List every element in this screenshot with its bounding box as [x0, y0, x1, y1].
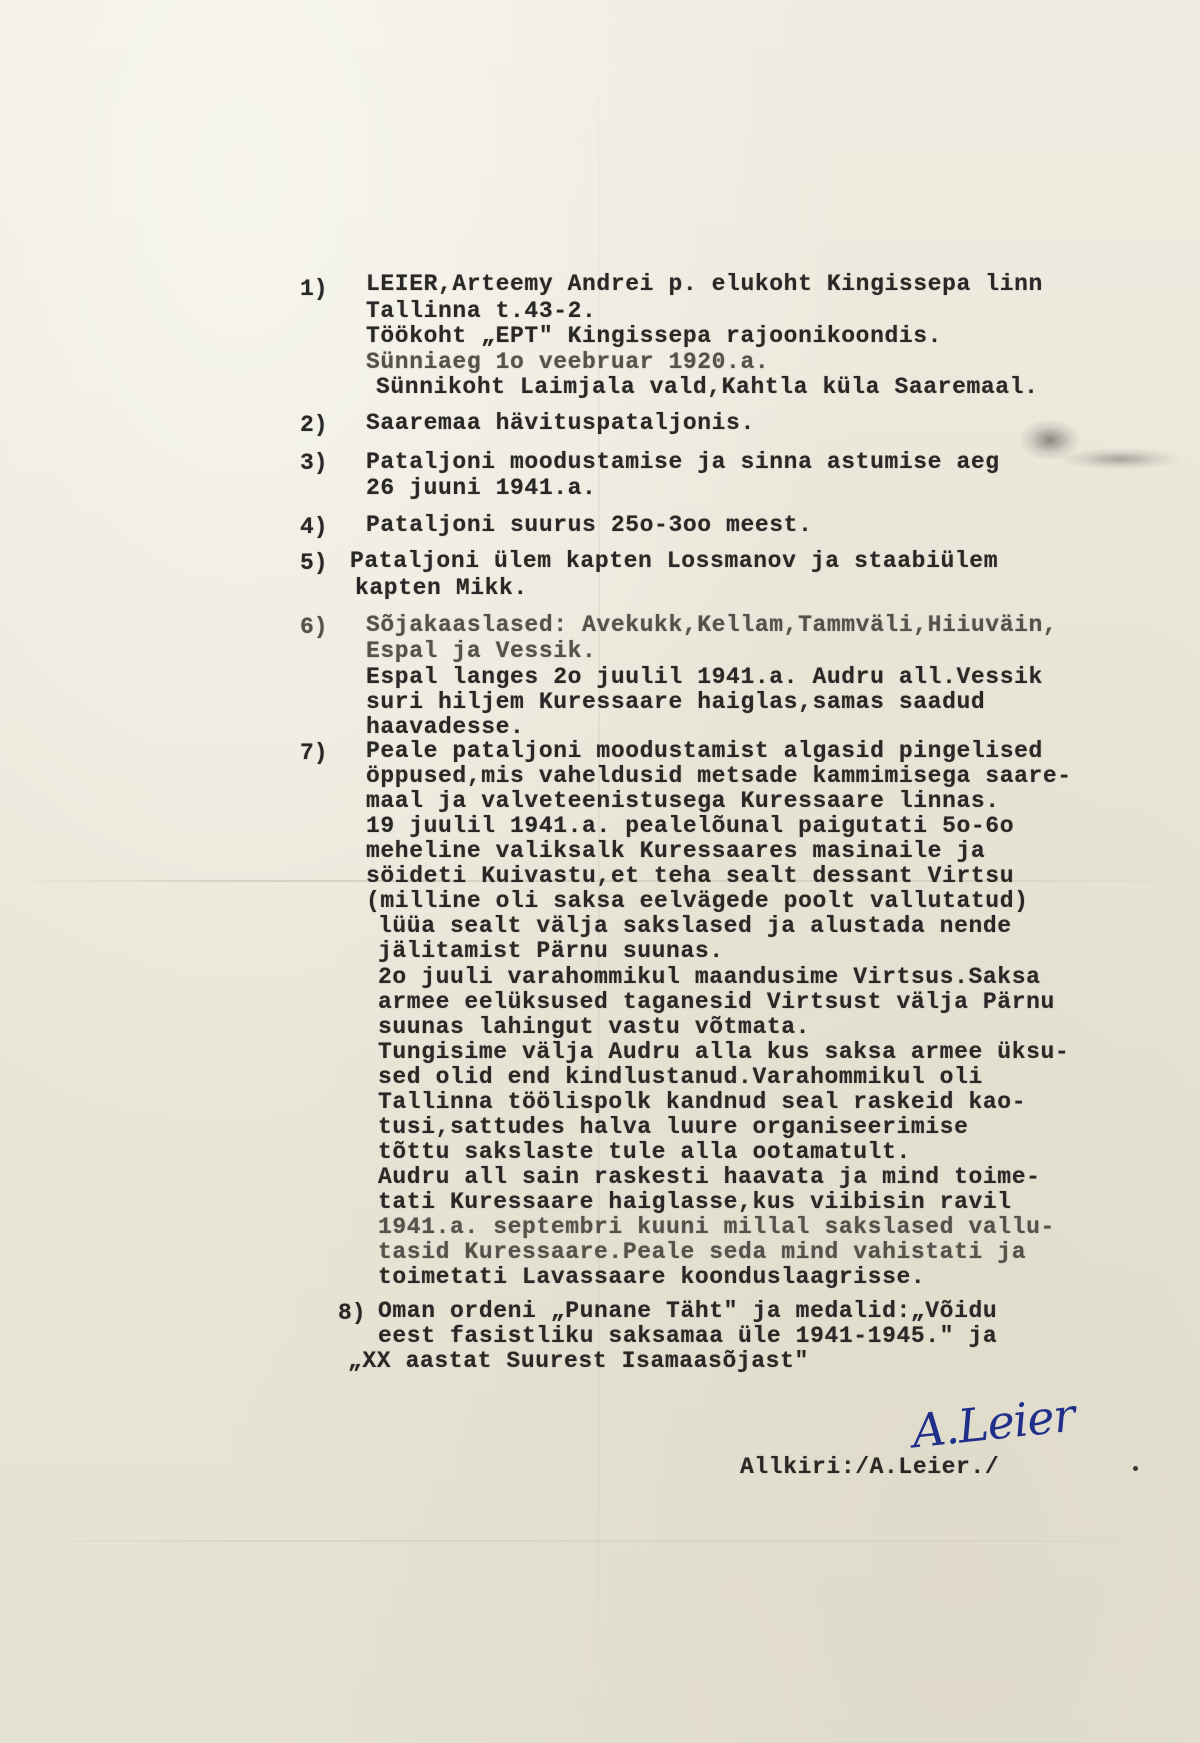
item-7-line: tasid Kuressaare.Peale seda mind vahista…: [378, 1239, 1026, 1265]
item-1-line: Töökoht „EPT" Kingissepa rajoonikoondis.: [366, 323, 942, 349]
item-number: 3): [300, 450, 328, 476]
item-8-line: eest fasistliku saksamaa üle 1941-1945."…: [378, 1323, 997, 1349]
item-7-line: Tungisime välja Audru alla kus saksa arm…: [378, 1039, 1069, 1065]
item-number: 8): [338, 1300, 366, 1326]
item-7-line: Audru all sain raskesti haavata ja mind …: [378, 1164, 1041, 1190]
item-number: 1): [300, 276, 328, 302]
item-4-line: Pataljoni suurus 25o-3oo meest.: [366, 512, 812, 538]
item-1-line: Sünniaeg 1o veebruar 1920.a.: [366, 349, 769, 375]
item-7-line: maal ja valveteenistusega Kuressaare lin…: [366, 788, 1000, 814]
item-7-line: jälitamist Pärnu suunas.: [378, 938, 724, 964]
item-6-line: suri hiljem Kuressaare haiglas,samas saa…: [366, 689, 985, 715]
item-6-line: Espal ja Vessik.: [366, 638, 596, 664]
signature-label: Allkiri:/A.Leier./: [740, 1454, 999, 1480]
item-2-line: Saaremaa hävituspataljonis.: [366, 410, 755, 436]
item-7-line: tati Kuressaare haiglasse,kus viibisin r…: [378, 1189, 1012, 1215]
item-7-line: öppused,mis vaheldusid metsade kammimise…: [366, 763, 1072, 789]
item-number: 7): [300, 740, 328, 766]
item-6-line: Sõjakaaslased: Avekukk,Kellam,Tammväli,H…: [366, 612, 1057, 638]
item-5-line: Pataljoni ülem kapten Lossmanov ja staab…: [350, 548, 998, 574]
typed-dot: [1133, 1466, 1138, 1471]
ink-smudge: [1060, 448, 1180, 470]
item-6-line: Espal langes 2o juulil 1941.a. Audru all…: [366, 664, 1043, 690]
item-1-line: LEIER,Arteemy Andrei p. elukoht Kingisse…: [366, 271, 1043, 297]
item-7-line: 2o juuli varahommikul maandusime Virtsus…: [378, 964, 1041, 990]
item-7-line: (milline oli saksa eelvägede poolt vallu…: [366, 888, 1029, 914]
item-number: 2): [300, 412, 328, 438]
item-7-line: suunas lahingut vastu võtmata.: [378, 1014, 810, 1040]
item-8-line: Oman ordeni „Punane Täht" ja medalid:„Võ…: [378, 1298, 997, 1324]
item-number: 6): [300, 614, 328, 640]
item-7-line: Peale pataljoni moodustamist algasid pin…: [366, 738, 1043, 764]
item-7-line: tusi,sattudes halva luure organiseerimis…: [378, 1114, 969, 1140]
item-1-line: Sünnikoht Laimjala vald,Kahtla küla Saar…: [376, 374, 1039, 400]
item-7-line: 1941.a. septembri kuuni millal sakslased…: [378, 1214, 1055, 1240]
item-7-line: toimetati Lavassaare koonduslaagrisse.: [378, 1264, 925, 1290]
item-7-line: söideti Kuivastu,et teha sealt dessant V…: [366, 863, 1014, 889]
item-8-line: „XX aastat Suurest Isamaasõjast": [348, 1348, 809, 1374]
paper-fold-line: [0, 1540, 1200, 1542]
item-7-line: armee eelüksused taganesid Virtsust välj…: [378, 989, 1055, 1015]
item-3-line: 26 juuni 1941.a.: [366, 475, 596, 501]
item-7-line: tõttu sakslaste tule alla ootamatult.: [378, 1139, 911, 1165]
item-number: 4): [300, 514, 328, 540]
item-6-line: haavadesse.: [366, 714, 524, 740]
item-7-line: sed olid end kindlustanud.Varahommikul o…: [378, 1064, 983, 1090]
item-1-line: Tallinna t.43-2.: [366, 298, 596, 324]
item-7-line: Tallinna töölispolk kandnud seal raskeid…: [378, 1089, 1026, 1115]
item-7-line: meheline valiksalk Kuressaares masinaile…: [366, 838, 985, 864]
item-7-line: lüüa sealt välja sakslased ja alustada n…: [378, 913, 1012, 939]
item-number: 5): [300, 550, 328, 576]
item-3-line: Pataljoni moodustamise ja sinna astumise…: [366, 449, 1000, 475]
item-5-line: kapten Mikk.: [355, 575, 528, 601]
item-7-line: 19 juulil 1941.a. pealelõunal paigutati …: [366, 813, 1014, 839]
